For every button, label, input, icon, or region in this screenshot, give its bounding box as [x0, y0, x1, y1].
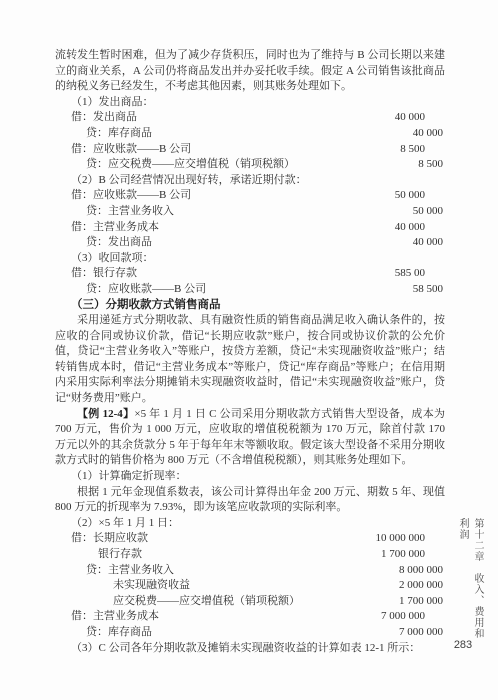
journal-entry-amount: 7 000 000 — [399, 625, 445, 641]
list-item-1: （1）发出商品： — [55, 95, 445, 111]
journal-line: 借：主营业务成本 40 000 — [55, 220, 445, 236]
book-page: 流转发生暂时困难，但为了减少存货积压，同时也为了维持与 B 公司长期以来建立的商… — [0, 0, 498, 700]
journal-entry-amount: 8 500 — [400, 142, 445, 158]
journal-line: 贷：应交税费——应交增值税（销项税额） 8 500 — [55, 157, 445, 173]
journal-entry-label: 贷：主营业务收入 — [55, 563, 174, 579]
journal-entry-amount: 7 000 000 — [381, 609, 445, 625]
journal-line: 贷：库存商品 40 000 — [55, 126, 445, 142]
list-item-date: （2）×5 年 1 月 1 日： — [55, 516, 445, 532]
journal-entry-label: 借：银行存款 — [55, 266, 137, 282]
journal-entry-amount: 40 000 — [395, 110, 445, 126]
journal-line: 借：银行存款 585 00 — [55, 266, 445, 282]
example-paragraph: 【例 12-4】×5 年 1 月 1 日 C 公司采用分期收款方式销售大型设备，… — [55, 407, 445, 469]
journal-line: 借：主营业务成本 7 000 000 — [55, 609, 445, 625]
journal-line: 贷：主营业务收入 50 000 — [55, 204, 445, 220]
journal-entry-label: 贷：库存商品 — [55, 126, 152, 142]
journal-entry-amount: 585 00 — [395, 266, 445, 282]
journal-entry-label: 贷：发出商品 — [55, 235, 152, 251]
journal-entry-amount: 40 000 — [413, 235, 445, 251]
journal-entry-amount: 58 500 — [413, 282, 445, 298]
journal-entry-label: 借：应收账款——B 公司 — [55, 142, 191, 158]
journal-line: 贷：应收账款——B 公司 58 500 — [55, 282, 445, 298]
journal-line: 贷：库存商品 7 000 000 — [55, 625, 445, 641]
list-item-calc: （1）计算确定折现率： — [55, 469, 445, 485]
section-heading: （三）分期收款方式销售商品 — [55, 298, 445, 314]
list-item-2: （2）B 公司经营情况出现好转，承诺近期付款： — [55, 173, 445, 189]
journal-entry-label: 未实现融资收益 — [55, 578, 190, 594]
chapter-sidebar: 第十二章 收入、费用和利润 — [455, 518, 485, 648]
list-item-3: （3）收回款项： — [55, 251, 445, 267]
journal-entry-amount: 8 000 000 — [399, 563, 445, 579]
journal-line: 银行存款 1 700 000 — [55, 547, 445, 563]
list-item-table-ref: （3）C 公司各年分期收款及摊销未实现融资收益的计算如表 12-1 所示： — [55, 641, 445, 657]
journal-line: 借：应收账款——B 公司 50 000 — [55, 188, 445, 204]
journal-entry-label: 借：长期应收款 — [55, 531, 148, 547]
chapter-sidebar-text: 第十二章 收入、费用和利润 — [457, 518, 483, 639]
page-number: 283 — [446, 639, 480, 651]
journal-entry-amount: 50 000 — [413, 204, 445, 220]
journal-entry-label: 借：主营业务成本 — [55, 220, 159, 236]
journal-entry-label: 贷：应交税费——应交增值税（销项税额） — [55, 157, 295, 173]
journal-entry-amount: 10 000 000 — [376, 531, 446, 547]
journal-entry-label: 借：主营业务成本 — [55, 609, 159, 625]
journal-line: 应交税费——应交增值税（销项税额） 1 700 000 — [55, 594, 445, 610]
journal-line: 贷：发出商品 40 000 — [55, 235, 445, 251]
journal-entry-amount: 40 000 — [413, 126, 445, 142]
journal-entry-label: 贷：库存商品 — [55, 625, 152, 641]
journal-line: 未实现融资收益 2 000 000 — [55, 578, 445, 594]
journal-line: 借：应收账款——B 公司 8 500 — [55, 142, 445, 158]
journal-entry-label: 应交税费——应交增值税（销项税额） — [55, 594, 300, 610]
journal-entry-amount: 1 700 000 — [399, 594, 445, 610]
calc-paragraph: 根据 1 元年金现值系数表，该公司计算得出年金 200 万元、期数 5 年、现值… — [55, 485, 445, 516]
journal-entry-label: 贷：应收账款——B 公司 — [55, 282, 206, 298]
journal-entry-label: 借：发出商品 — [55, 110, 137, 126]
page-body: 流转发生暂时困难，但为了减少存货积压，同时也为了维持与 B 公司长期以来建立的商… — [55, 48, 445, 656]
journal-entry-label: 贷：主营业务收入 — [55, 204, 174, 220]
journal-entry-label: 借：应收账款——B 公司 — [55, 188, 191, 204]
journal-entry-amount: 2 000 000 — [399, 578, 445, 594]
journal-line: 贷：主营业务收入 8 000 000 — [55, 563, 445, 579]
method-paragraph: 采用递延方式分期收款、具有融资性质的销售商品满足收入确认条件的，按应收的合同或协… — [55, 313, 445, 407]
journal-entry-amount: 1 700 000 — [381, 547, 445, 563]
intro-paragraph: 流转发生暂时困难，但为了减少存货积压，同时也为了维持与 B 公司长期以来建立的商… — [55, 48, 445, 95]
journal-entry-amount: 50 000 — [395, 188, 445, 204]
journal-line: 借：长期应收款 10 000 000 — [55, 531, 445, 547]
journal-entry-amount: 8 500 — [418, 157, 445, 173]
example-label: 【例 12-4】 — [77, 408, 134, 420]
journal-line: 借：发出商品 40 000 — [55, 110, 445, 126]
journal-entry-label: 银行存款 — [55, 547, 142, 563]
journal-entry-amount: 40 000 — [395, 220, 445, 236]
